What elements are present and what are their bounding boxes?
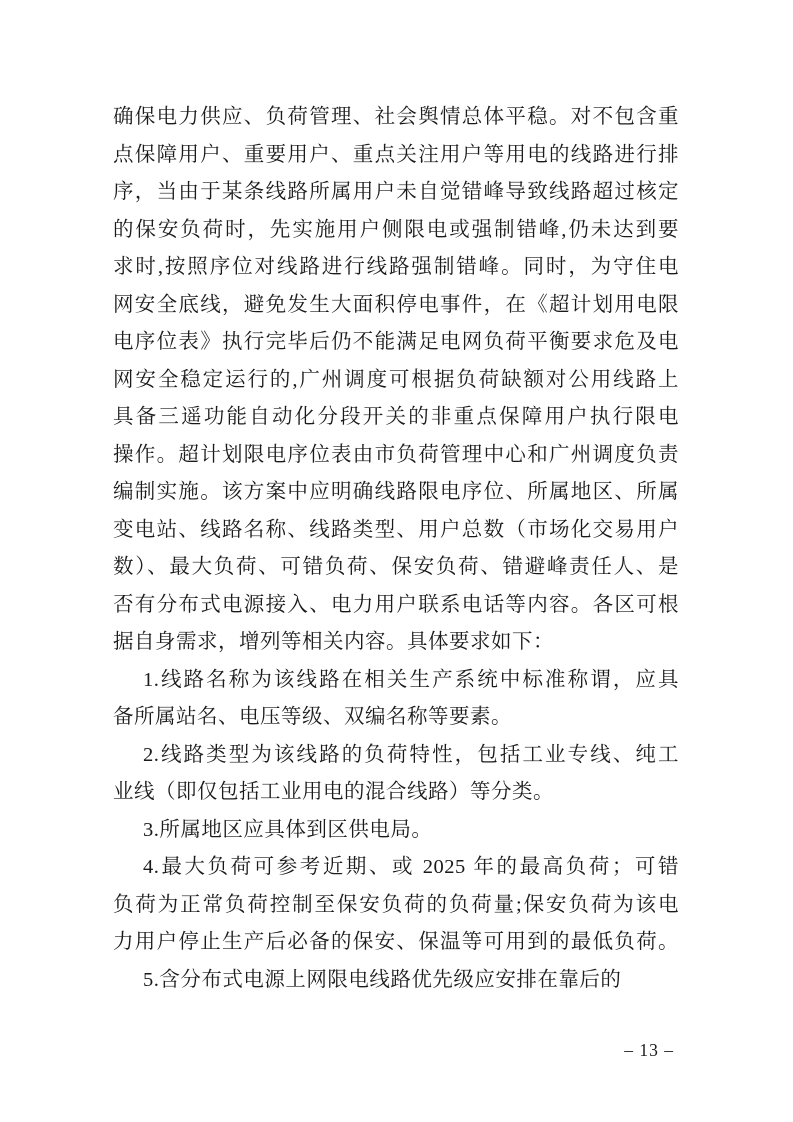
- text-line-21: 4.最大负荷可参考近期、或 2025 年的最高负荷；可错: [113, 849, 679, 887]
- text-line-2: 点保障用户、重要用户、重点关注用户等用电的线路进行排: [113, 137, 679, 175]
- document-page: 确保电力供应、负荷管理、社会舆情总体平稳。对不包含重点保障用户、重要用户、重点关…: [0, 0, 793, 1122]
- text-line-19: 业线（即仅包括工业用电的混合线路）等分类。: [113, 774, 679, 812]
- text-line-6: 网安全底线，避免发生大面积停电事件，在《超计划用电限: [113, 287, 679, 325]
- text-line-10: 操作。超计划限电序位表由市负荷管理中心和广州调度负责: [113, 437, 679, 475]
- page-number: – 13 –: [624, 1039, 674, 1061]
- text-line-5: 求时,按照序位对线路进行线路强制错峰。同时，为守住电: [113, 249, 679, 287]
- text-line-23: 力用户停止生产后必备的保安、保温等可用到的最低负荷。: [113, 924, 679, 962]
- text-line-16: 1.线路名称为该线路在相关生产系统中标准称谓，应具: [113, 662, 679, 700]
- document-body-text: 确保电力供应、负荷管理、社会舆情总体平稳。对不包含重点保障用户、重要用户、重点关…: [113, 99, 679, 999]
- text-line-22: 负荷为正常负荷控制至保安负荷的负荷量;保安负荷为该电: [113, 887, 679, 925]
- text-line-14: 否有分布式电源接入、电力用户联系电话等内容。各区可根: [113, 587, 679, 625]
- text-line-3: 序，当由于某条线路所属用户未自觉错峰导致线路超过核定: [113, 174, 679, 212]
- text-line-15: 据自身需求，增列等相关内容。具体要求如下：: [113, 624, 679, 662]
- text-line-4: 的保安负荷时，先实施用户侧限电或强制错峰,仍未达到要: [113, 212, 679, 250]
- text-line-20: 3.所属地区应具体到区供电局。: [113, 812, 679, 850]
- text-line-18: 2.线路类型为该线路的负荷特性，包括工业专线、纯工: [113, 737, 679, 775]
- text-line-11: 编制实施。该方案中应明确线路限电序位、所属地区、所属: [113, 474, 679, 512]
- text-line-13: 数）、最大负荷、可错负荷、保安负荷、错避峰责任人、是: [113, 549, 679, 587]
- text-line-7: 电序位表》执行完毕后仍不能满足电网负荷平衡要求危及电: [113, 324, 679, 362]
- text-line-1: 确保电力供应、负荷管理、社会舆情总体平稳。对不包含重: [113, 99, 679, 137]
- text-line-9: 具备三遥功能自动化分段开关的非重点保障用户执行限电: [113, 399, 679, 437]
- text-line-24: 5.含分布式电源上网限电线路优先级应安排在靠后的: [113, 962, 679, 1000]
- text-line-8: 网安全稳定运行的,广州调度可根据负荷缺额对公用线路上: [113, 362, 679, 400]
- text-line-17: 备所属站名、电压等级、双编名称等要素。: [113, 699, 679, 737]
- text-line-12: 变电站、线路名称、线路类型、用户总数（市场化交易用户: [113, 512, 679, 550]
